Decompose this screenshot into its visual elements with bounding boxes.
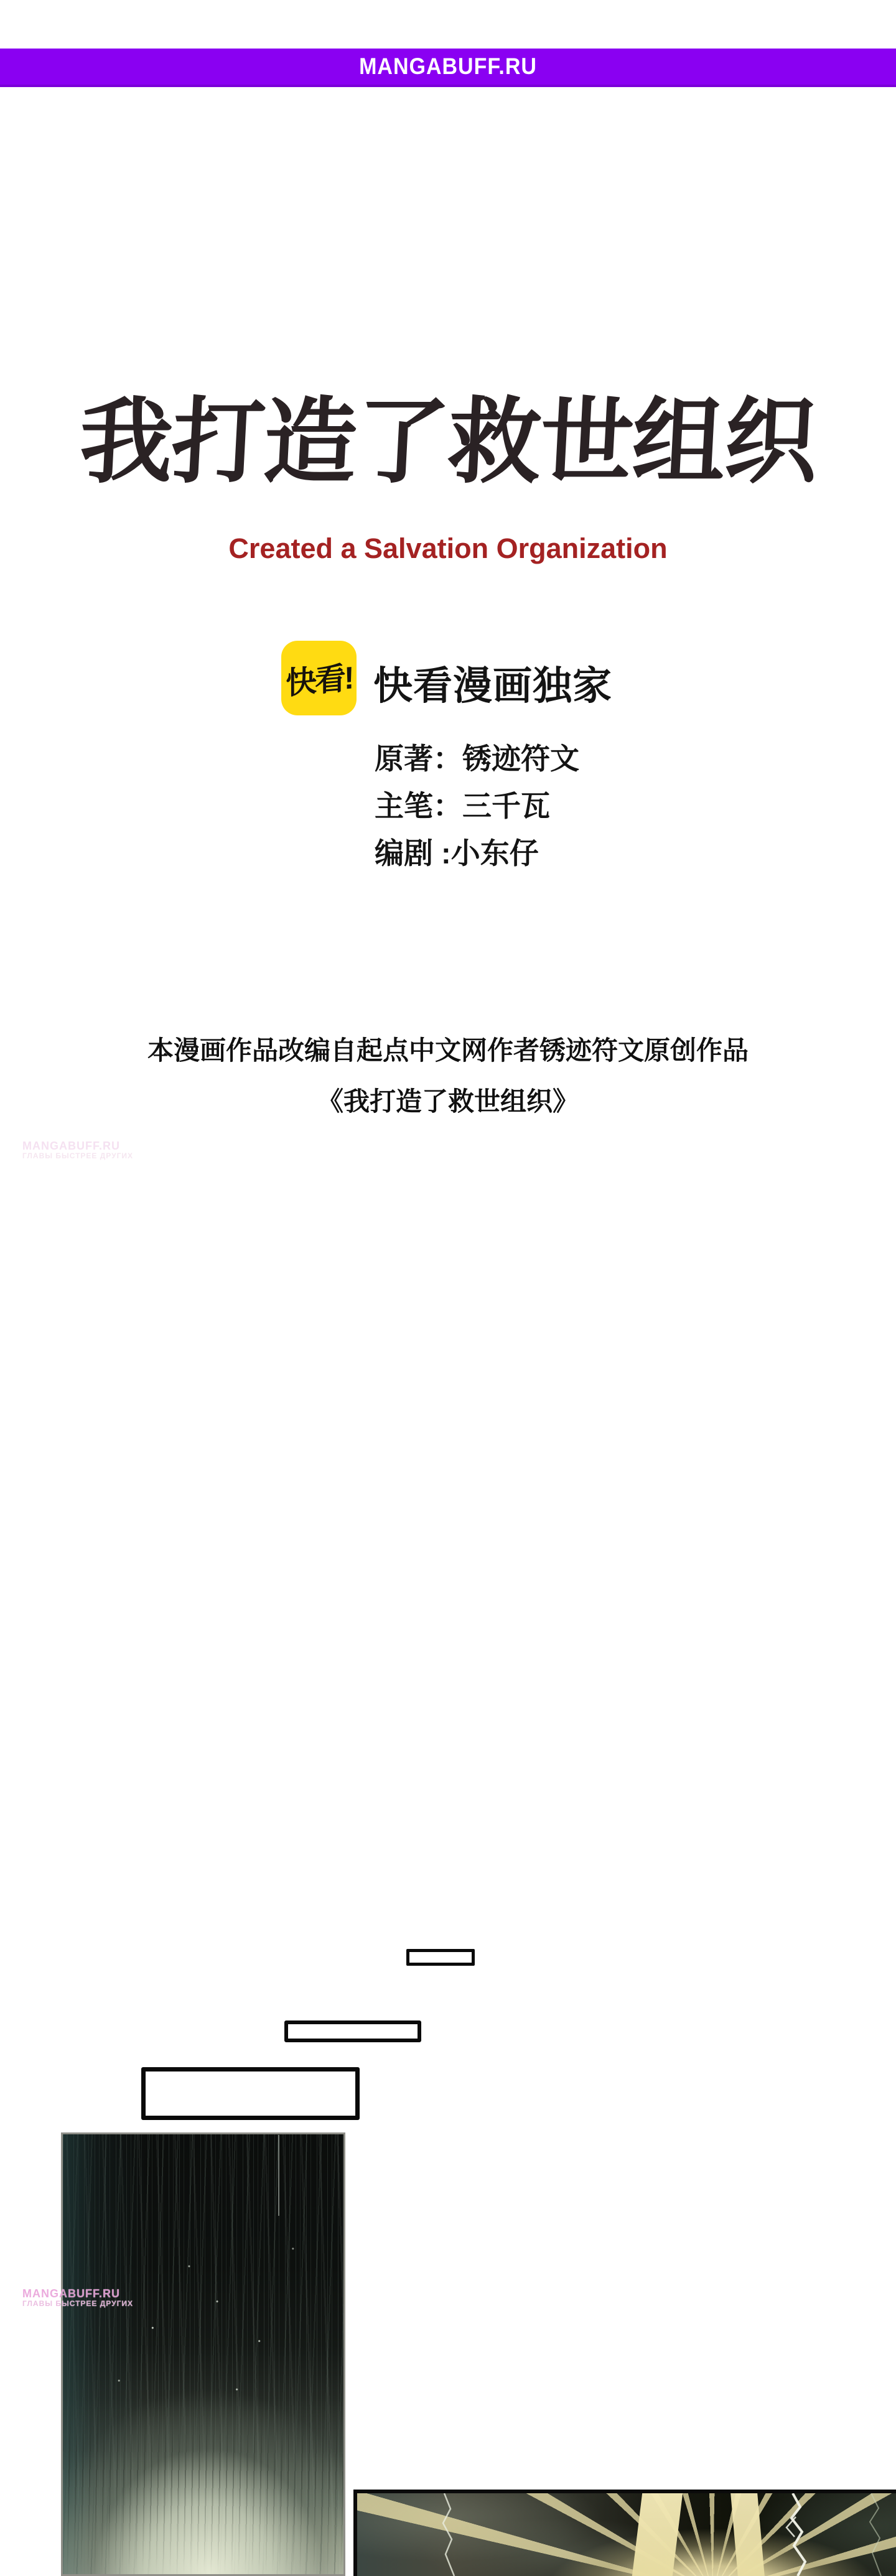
kuaikan-logo: 快看! [281, 641, 357, 715]
site-banner-text: MANGABUFF.RU [359, 53, 537, 80]
watermark-slogan-text: ГЛАВЫ БЫСТРЕЕ ДРУГИХ [22, 1152, 133, 1160]
adaptation-note-line1: 本漫画作品改编自起点中文网作者锈迹符文原创作品 [0, 1030, 896, 1067]
rain-texture-overlay [63, 2407, 343, 2574]
manga-panel-storm-burst [353, 2490, 896, 2576]
lightning-bolts-icon [357, 2493, 896, 2576]
kuaikan-logo-text: 快看! [286, 653, 352, 704]
watermark-site-text: MANGABUFF.RU [22, 2288, 133, 2300]
empty-speech-bubble [284, 2020, 421, 2042]
credit-screenwriter: 编剧 :小东仔 [375, 830, 748, 877]
credits-block: 原著：锈迹符文 主笔：三千瓦 编剧 :小东仔 [375, 735, 748, 877]
watermark-site-text: MANGABUFF.RU [22, 1140, 133, 1152]
kuaikan-exclusive-label: 快看漫画独家 [373, 654, 809, 711]
empty-speech-bubble [141, 2067, 360, 2120]
site-banner: MANGABUFF.RU [0, 49, 896, 87]
credit-original-author: 原著：锈迹符文 [375, 735, 748, 783]
watermark-slogan-text: ГЛАВЫ БЫСТРЕЕ ДРУГИХ [22, 2300, 133, 2308]
manga-title-zh: 我打造了救世组织 [0, 391, 896, 493]
rain-streak-highlight [278, 2135, 279, 2216]
manga-reader-page: MANGABUFF.RU 我打造了救世组织 Created a Salvatio… [0, 0, 896, 2576]
site-watermark-top: MANGABUFF.RU ГЛАВЫ БЫСТРЕЕ ДРУГИХ [22, 1140, 133, 1160]
credit-lead-artist: 主笔：三千瓦 [375, 783, 748, 830]
manga-panel-rain [61, 2132, 345, 2576]
manga-title-en: Created a Salvation Organization [0, 532, 896, 565]
adaptation-note-line2: 《我打造了救世组织》 [0, 1081, 896, 1118]
site-watermark-panel: MANGABUFF.RU ГЛАВЫ БЫСТРЕЕ ДРУГИХ [22, 2288, 133, 2307]
empty-speech-bubble [406, 1949, 475, 1966]
